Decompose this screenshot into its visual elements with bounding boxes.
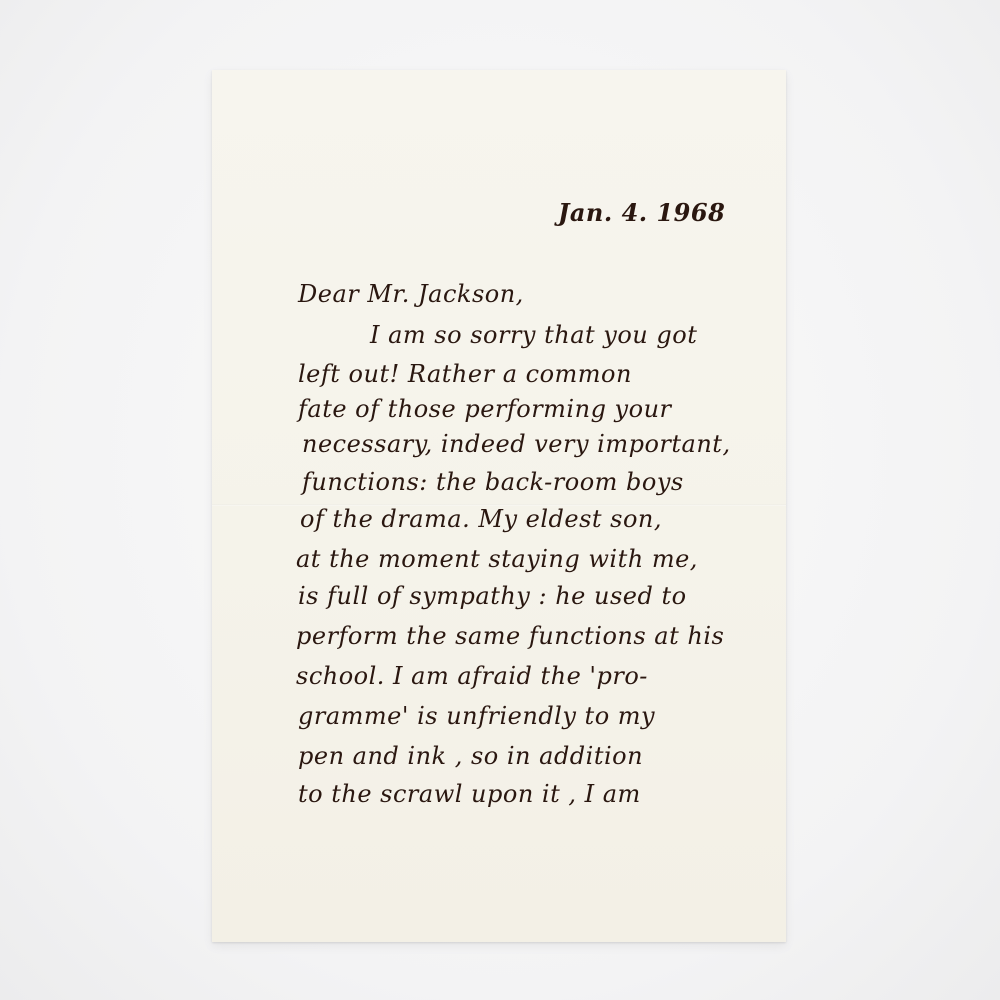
body-line: perform the same functions at his (296, 622, 724, 650)
body-line: is full of sympathy : he used to (298, 582, 687, 610)
letter-date: Jan. 4. 1968 (558, 198, 725, 227)
body-line: pen and ink , so in addition (298, 742, 643, 770)
body-line: fate of those performing your (298, 395, 672, 423)
body-line: functions: the back-room boys (302, 468, 684, 496)
body-line: I am so sorry that you got (370, 321, 697, 349)
body-line: left out! Rather a common (298, 360, 632, 388)
body-line: school. I am afraid the 'pro- (296, 662, 648, 690)
salutation: Dear Mr. Jackson, (298, 280, 524, 308)
body-line: necessary, indeed very important, (302, 430, 731, 458)
body-line: at the moment staying with me, (296, 545, 698, 573)
body-line: to the scrawl upon it , I am (298, 780, 641, 808)
body-line: of the drama. My eldest son, (300, 505, 662, 533)
body-line: gramme' is unfriendly to my (298, 702, 655, 730)
letter-sheet: Jan. 4. 1968 Dear Mr. Jackson, I am so s… (212, 70, 786, 942)
